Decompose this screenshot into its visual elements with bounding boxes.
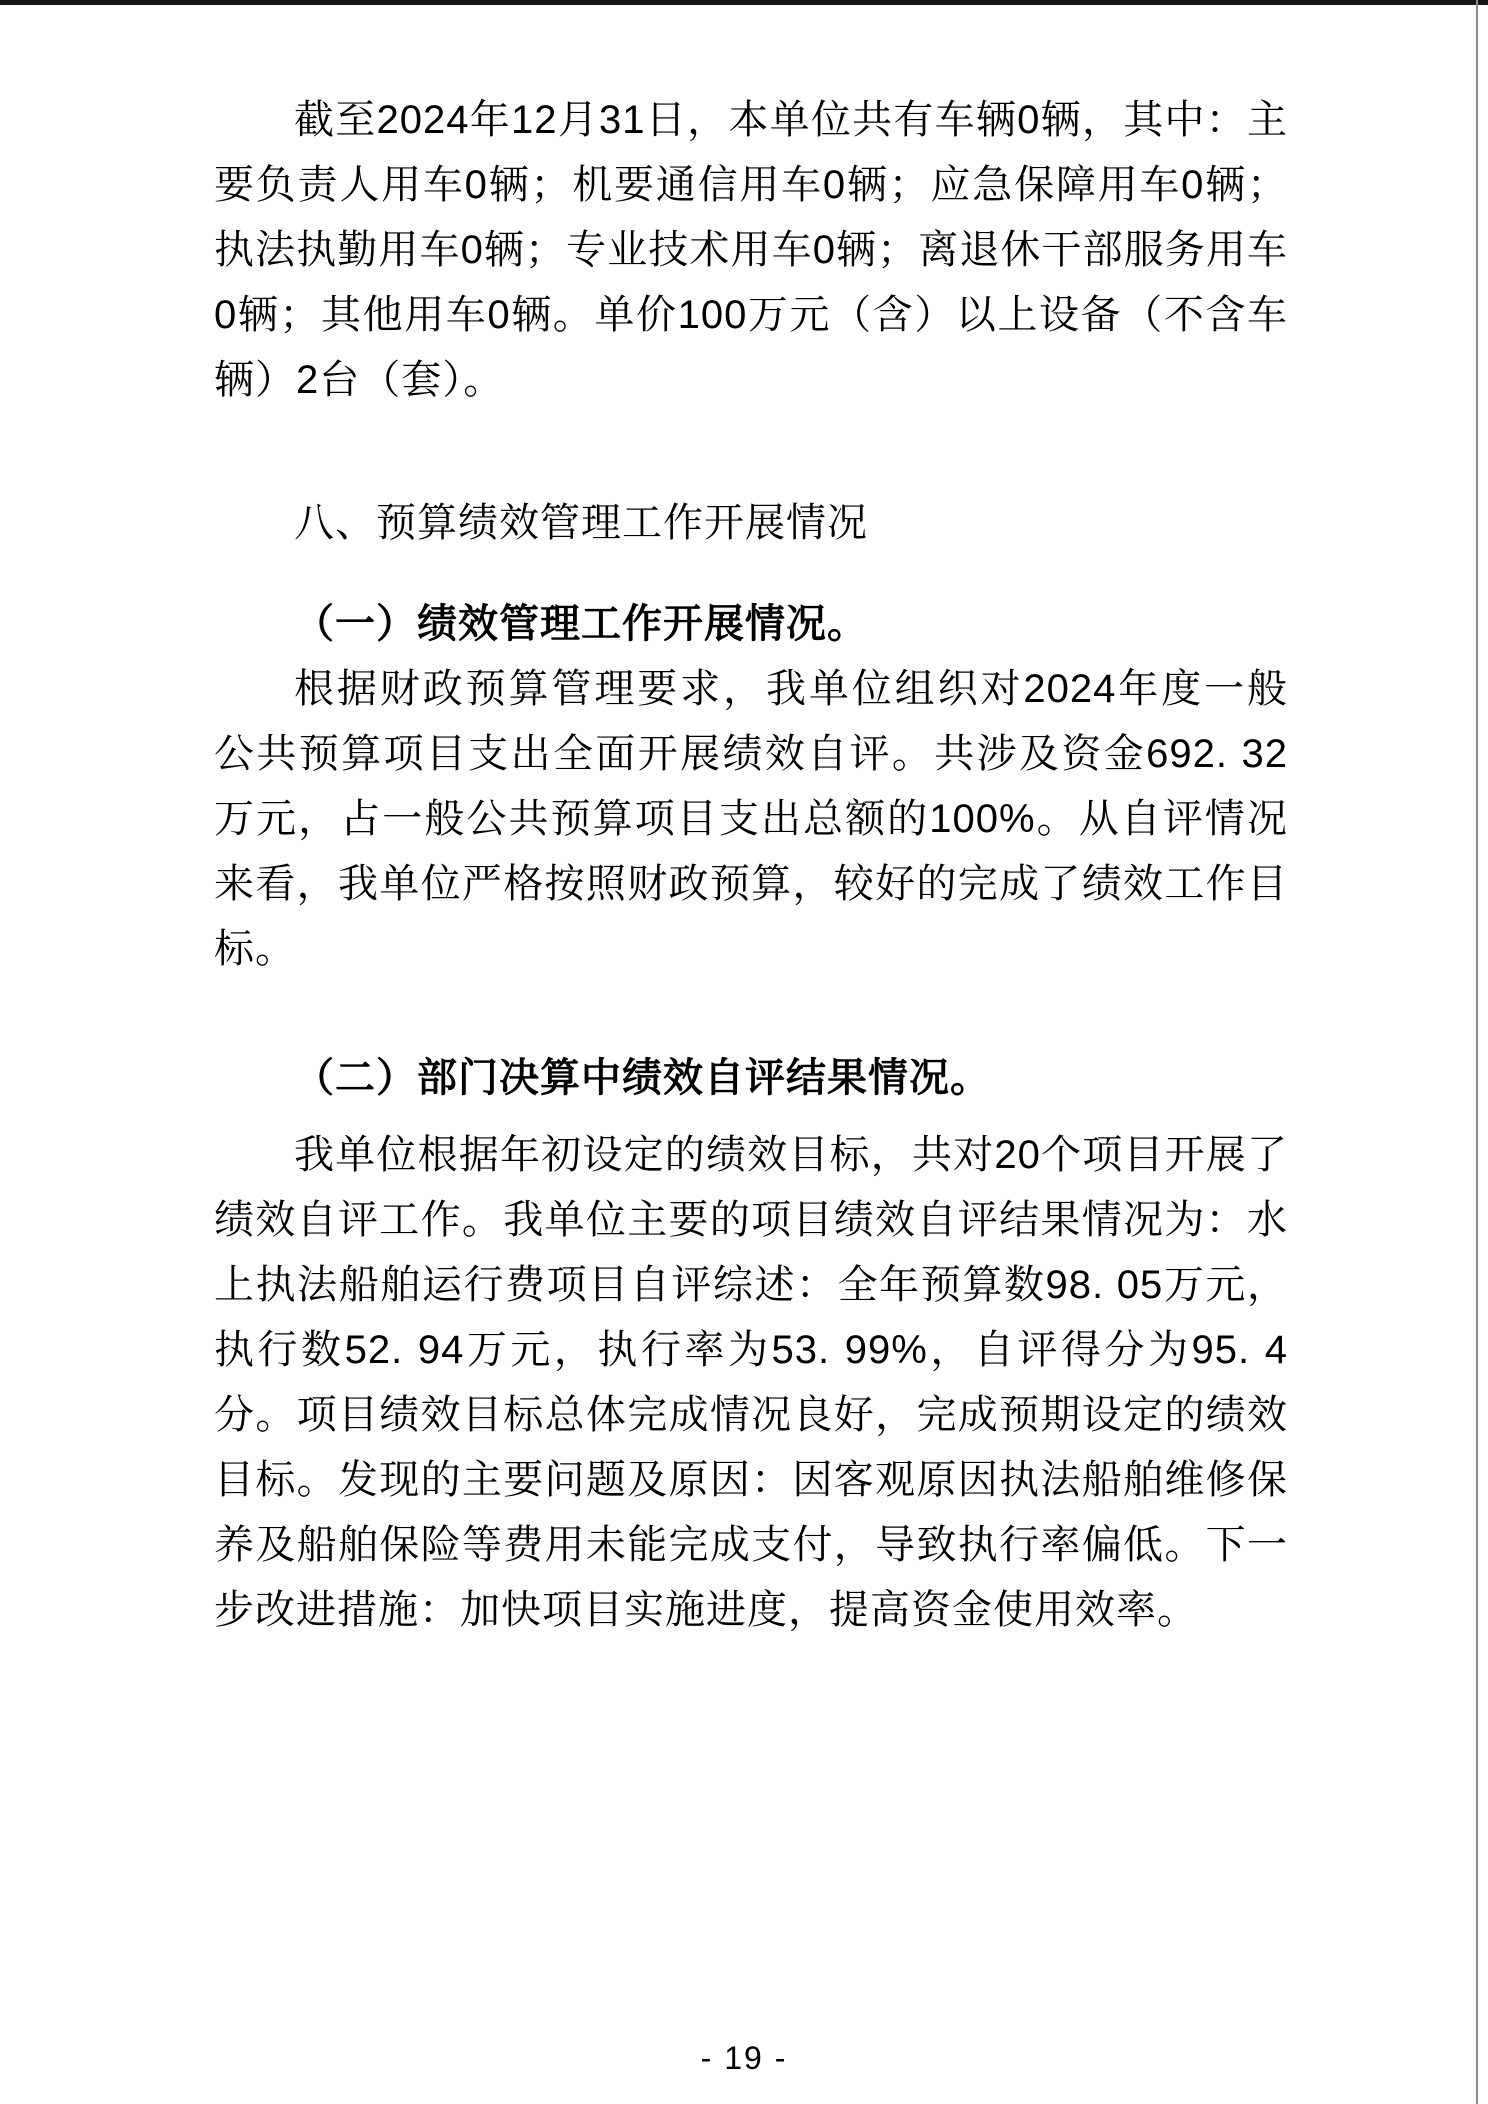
scan-edge-right-line (1476, 0, 1478, 2104)
page-number: - 19 - (0, 2036, 1488, 2080)
paragraph-vehicle-assets: 截至2024年12月31日，本单位共有车辆0辆，其中：主要负责人用车0辆；机要通… (214, 88, 1288, 413)
subsection-heading-2: （二）部门决算中绩效自评结果情况。 (214, 1046, 1288, 1111)
document-page: 截至2024年12月31日，本单位共有车辆0辆，其中：主要负责人用车0辆；机要通… (0, 0, 1488, 2104)
document-content: 截至2024年12月31日，本单位共有车辆0辆，其中：主要负责人用车0辆；机要通… (214, 88, 1288, 1643)
section-heading-8: 八、预算绩效管理工作开展情况 (214, 491, 1288, 556)
subsection-heading-1: （一）绩效管理工作开展情况。 (214, 592, 1288, 657)
paragraph-self-evaluation-results: 我单位根据年初设定的绩效目标，共对20个项目开展了绩效自评工作。我单位主要的项目… (214, 1123, 1288, 1643)
paragraph-performance-management: 根据财政预算管理要求，我单位组织对2024年度一般公共预算项目支出全面开展绩效自… (214, 657, 1288, 982)
scan-edge-top-line (0, 0, 1488, 5)
